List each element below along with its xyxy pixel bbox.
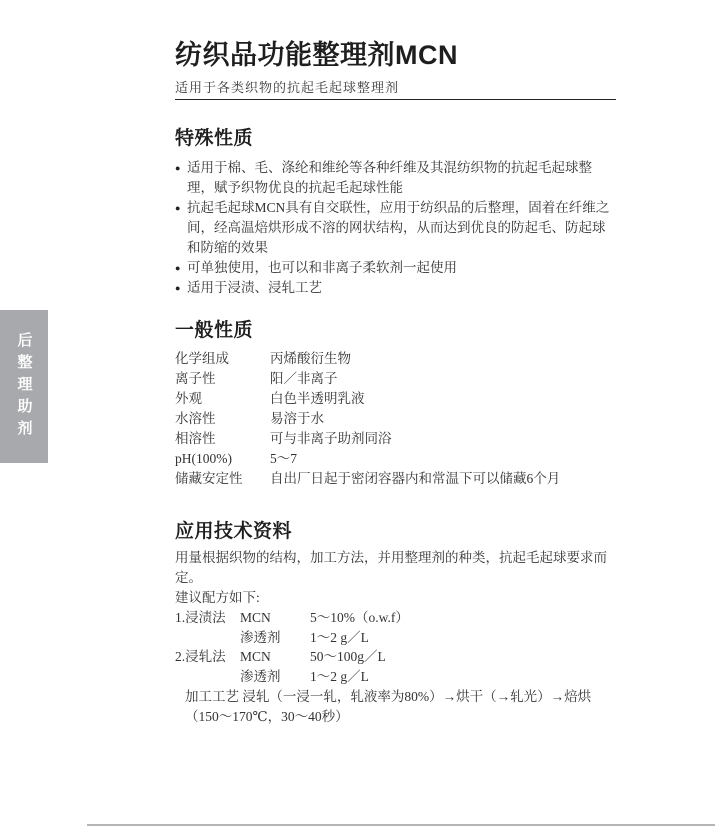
bullet-icon: ● [175,278,187,298]
title-divider [175,99,616,100]
bullet-icon: ● [175,258,187,278]
process-line: （150～170℃，30～40秒） [185,707,616,727]
property-value: 可与非离子助剂同浴 [270,429,616,449]
list-item: ● 适用于浸渍、浸轧工艺 [175,278,616,298]
section-heading-application: 应用技术资料 [175,519,616,545]
bullet-icon: ● [175,198,187,258]
application-intro: 用量根据织物的结构，加工方法，并用整理剂的种类，抗起毛起球要求而定。 [175,548,616,588]
recipe-dosage: 5～10%（o.w.f） [310,608,616,628]
recipe-agent: 渗透剂 [240,667,310,687]
property-value: 自出厂日起于密闭容器内和常温下可以储藏6个月 [270,469,616,489]
page-subtitle: 适用于各类织物的抗起毛起球整理剂 [175,80,616,96]
special-properties-list: ● 适用于棉、毛、涤纶和维纶等各种纤维及其混纺织物的抗起毛起球整理，赋予织物优良… [175,158,616,298]
category-side-tab: 后整理助剂 [0,310,48,463]
table-row: 水溶性 易溶于水 [175,409,616,429]
process-description: 加工工艺 浸轧（一浸一轧，轧液率为80%）→烘干（→轧光）→焙烘 （150～17… [175,687,616,727]
footer-divider [87,824,715,826]
property-value: 丙烯酸衍生物 [270,349,616,369]
table-row: 离子性 阳／非离子 [175,369,616,389]
process-line: 加工工艺 浸轧（一浸一轧，轧液率为80%）→烘干（→轧光）→焙烘 [185,687,616,707]
bullet-text: 可单独使用，也可以和非离子柔软剂一起使用 [187,258,616,278]
document-page: 纺织品功能整理剂MCN 适用于各类织物的抗起毛起球整理剂 特殊性质 ● 适用于棉… [175,38,616,727]
property-label: 离子性 [175,369,270,389]
recipe-dosage: 50～100g／L [310,647,616,667]
table-row: 外观 白色半透明乳液 [175,389,616,409]
table-row: 渗透剂 1～2 g／L [175,667,616,687]
table-row: 渗透剂 1～2 g／L [175,628,616,648]
section-heading-special: 特殊性质 [175,126,616,152]
bullet-icon: ● [175,158,187,198]
general-properties-table: 化学组成 丙烯酸衍生物 离子性 阳／非离子 外观 白色半透明乳液 水溶性 易溶于… [175,349,616,489]
section-heading-general: 一般性质 [175,318,616,344]
property-value: 白色半透明乳液 [270,389,616,409]
recipe-method: 2.浸轧法 [175,647,240,667]
section-special-properties: 特殊性质 ● 适用于棉、毛、涤纶和维纶等各种纤维及其混纺织物的抗起毛起球整理，赋… [175,126,616,298]
table-row: 1.浸渍法 MCN 5～10%（o.w.f） [175,608,616,628]
table-row: pH(100%) 5～7 [175,449,616,469]
property-label: 外观 [175,389,270,409]
bullet-text: 抗起毛起球MCN具有自交联性，应用于纺织品的后整理，固着在纤维之间，经高温焙烘形… [187,198,616,258]
section-application-data: 应用技术资料 用量根据织物的结构，加工方法，并用整理剂的种类，抗起毛起球要求而定… [175,519,616,727]
list-item: ● 适用于棉、毛、涤纶和维纶等各种纤维及其混纺织物的抗起毛起球整理，赋予织物优良… [175,158,616,198]
recipe-agent: MCN [240,608,310,628]
list-item: ● 抗起毛起球MCN具有自交联性，应用于纺织品的后整理，固着在纤维之间，经高温焙… [175,198,616,258]
list-item: ● 可单独使用，也可以和非离子柔软剂一起使用 [175,258,616,278]
property-label: pH(100%) [175,449,270,469]
recipe-dosage: 1～2 g／L [310,628,616,648]
page-title: 纺织品功能整理剂MCN [175,38,616,72]
property-value: 阳／非离子 [270,369,616,389]
property-label: 相溶性 [175,429,270,449]
property-value: 5～7 [270,449,616,469]
recipe-agent: 渗透剂 [240,628,310,648]
table-row: 相溶性 可与非离子助剂同浴 [175,429,616,449]
recipe-dosage: 1～2 g／L [310,667,616,687]
recipe-method [175,667,240,687]
table-row: 2.浸轧法 MCN 50～100g／L [175,647,616,667]
recipe-table: 1.浸渍法 MCN 5～10%（o.w.f） 渗透剂 1～2 g／L 2.浸轧法… [175,608,616,686]
recipe-method: 1.浸渍法 [175,608,240,628]
recipe-agent: MCN [240,647,310,667]
table-row: 化学组成 丙烯酸衍生物 [175,349,616,369]
bullet-text: 适用于棉、毛、涤纶和维纶等各种纤维及其混纺织物的抗起毛起球整理，赋予织物优良的抗… [187,158,616,198]
bullet-text: 适用于浸渍、浸轧工艺 [187,278,616,298]
property-label: 化学组成 [175,349,270,369]
property-label: 水溶性 [175,409,270,429]
recipe-note: 建议配方如下: [175,588,616,608]
table-row: 储藏安定性 自出厂日起于密闭容器内和常温下可以储藏6个月 [175,469,616,489]
category-side-tab-label: 后整理助剂 [17,332,32,442]
recipe-method [175,628,240,648]
property-value: 易溶于水 [270,409,616,429]
section-general-properties: 一般性质 化学组成 丙烯酸衍生物 离子性 阳／非离子 外观 白色半透明乳液 水溶… [175,318,616,489]
property-label: 储藏安定性 [175,469,270,489]
